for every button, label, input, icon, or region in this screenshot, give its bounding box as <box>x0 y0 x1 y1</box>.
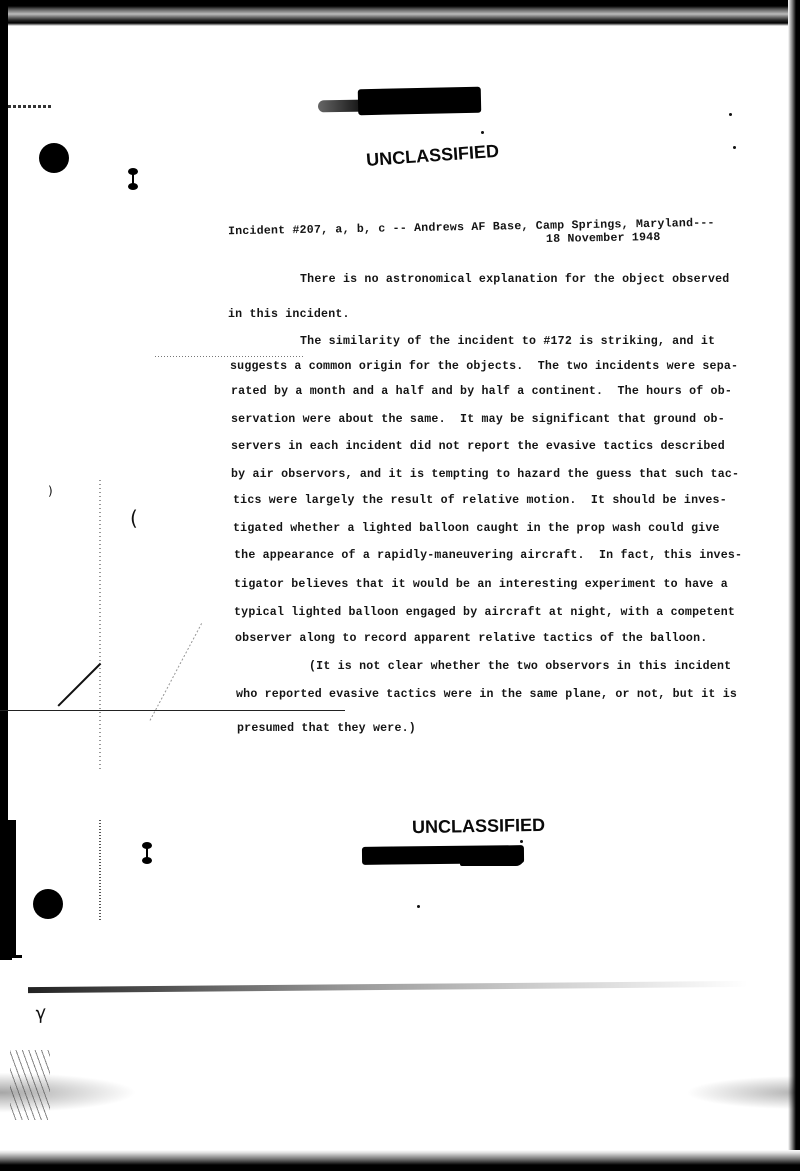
margin-hash-mark <box>8 105 53 108</box>
text-line: tics were largely the result of relative… <box>233 494 727 507</box>
margin-dotted-line <box>99 480 101 770</box>
punch-hole-top <box>39 143 69 173</box>
text-line: servers in each incident did not report … <box>231 440 725 453</box>
dotted-rule <box>155 356 305 357</box>
scan-edge-left-inner <box>12 820 16 955</box>
scan-edge-left-lower <box>0 820 12 960</box>
margin-dotted-line-lower <box>99 820 101 920</box>
incident-date: 18 November 1948 <box>546 231 661 246</box>
text-line: the appearance of a rapidly-maneuvering … <box>234 549 742 562</box>
text-line: The similarity of the incident to #172 i… <box>300 335 715 348</box>
redaction-bar-bottom-tail <box>460 850 524 866</box>
scan-speck <box>520 840 523 843</box>
binder-clip-mark-top <box>128 168 138 190</box>
scan-edge-top <box>0 0 800 26</box>
faint-pen-mark <box>150 623 203 721</box>
scan-speck <box>733 146 736 149</box>
horizontal-rule <box>0 710 345 711</box>
text-line: rated by a month and a half and by half … <box>231 385 732 398</box>
scan-edge-left <box>0 0 8 960</box>
text-line: tigated whether a lighted balloon caught… <box>233 522 720 535</box>
text-line: in this incident. <box>228 308 350 321</box>
classification-stamp-bottom: UNCLASSIFIED <box>412 815 545 838</box>
text-line: suggests a common origin for the objects… <box>230 360 738 373</box>
text-line: (It is not clear whether the two observo… <box>309 660 731 673</box>
text-line: presumed that they were.) <box>237 722 416 735</box>
text-line: There is no astronomical explanation for… <box>300 273 729 286</box>
scan-speck <box>729 113 732 116</box>
scan-smudge <box>0 975 800 1171</box>
binder-clip-mark-bottom <box>142 842 152 864</box>
redaction-bar-top <box>358 87 482 116</box>
text-line: tigator believes that it would be an int… <box>234 578 728 591</box>
pencil-hatching <box>10 1050 50 1120</box>
margin-paren-mark: ( <box>130 506 138 530</box>
text-line: typical lighted balloon engaged by aircr… <box>234 606 735 619</box>
scan-edge-bottom <box>0 1150 800 1171</box>
text-line: servation were about the same. It may be… <box>231 413 725 426</box>
scanned-document-page: UNCLASSIFIED UNCLASSIFIED Incident #207,… <box>0 0 800 1171</box>
punch-hole-bottom <box>33 889 63 919</box>
text-line: by air observors, and it is tempting to … <box>231 468 739 481</box>
pen-slash-mark <box>57 663 100 706</box>
scan-speck <box>417 905 420 908</box>
text-line: who reported evasive tactics were in the… <box>236 688 737 701</box>
text-line: observer along to record apparent relati… <box>235 632 707 645</box>
scan-edge-left-foot <box>12 955 22 958</box>
scan-speck <box>481 131 484 134</box>
margin-tick-mark: ) <box>48 484 53 498</box>
classification-stamp-top: UNCLASSIFIED <box>366 141 500 171</box>
redaction-smear-top <box>318 100 363 113</box>
